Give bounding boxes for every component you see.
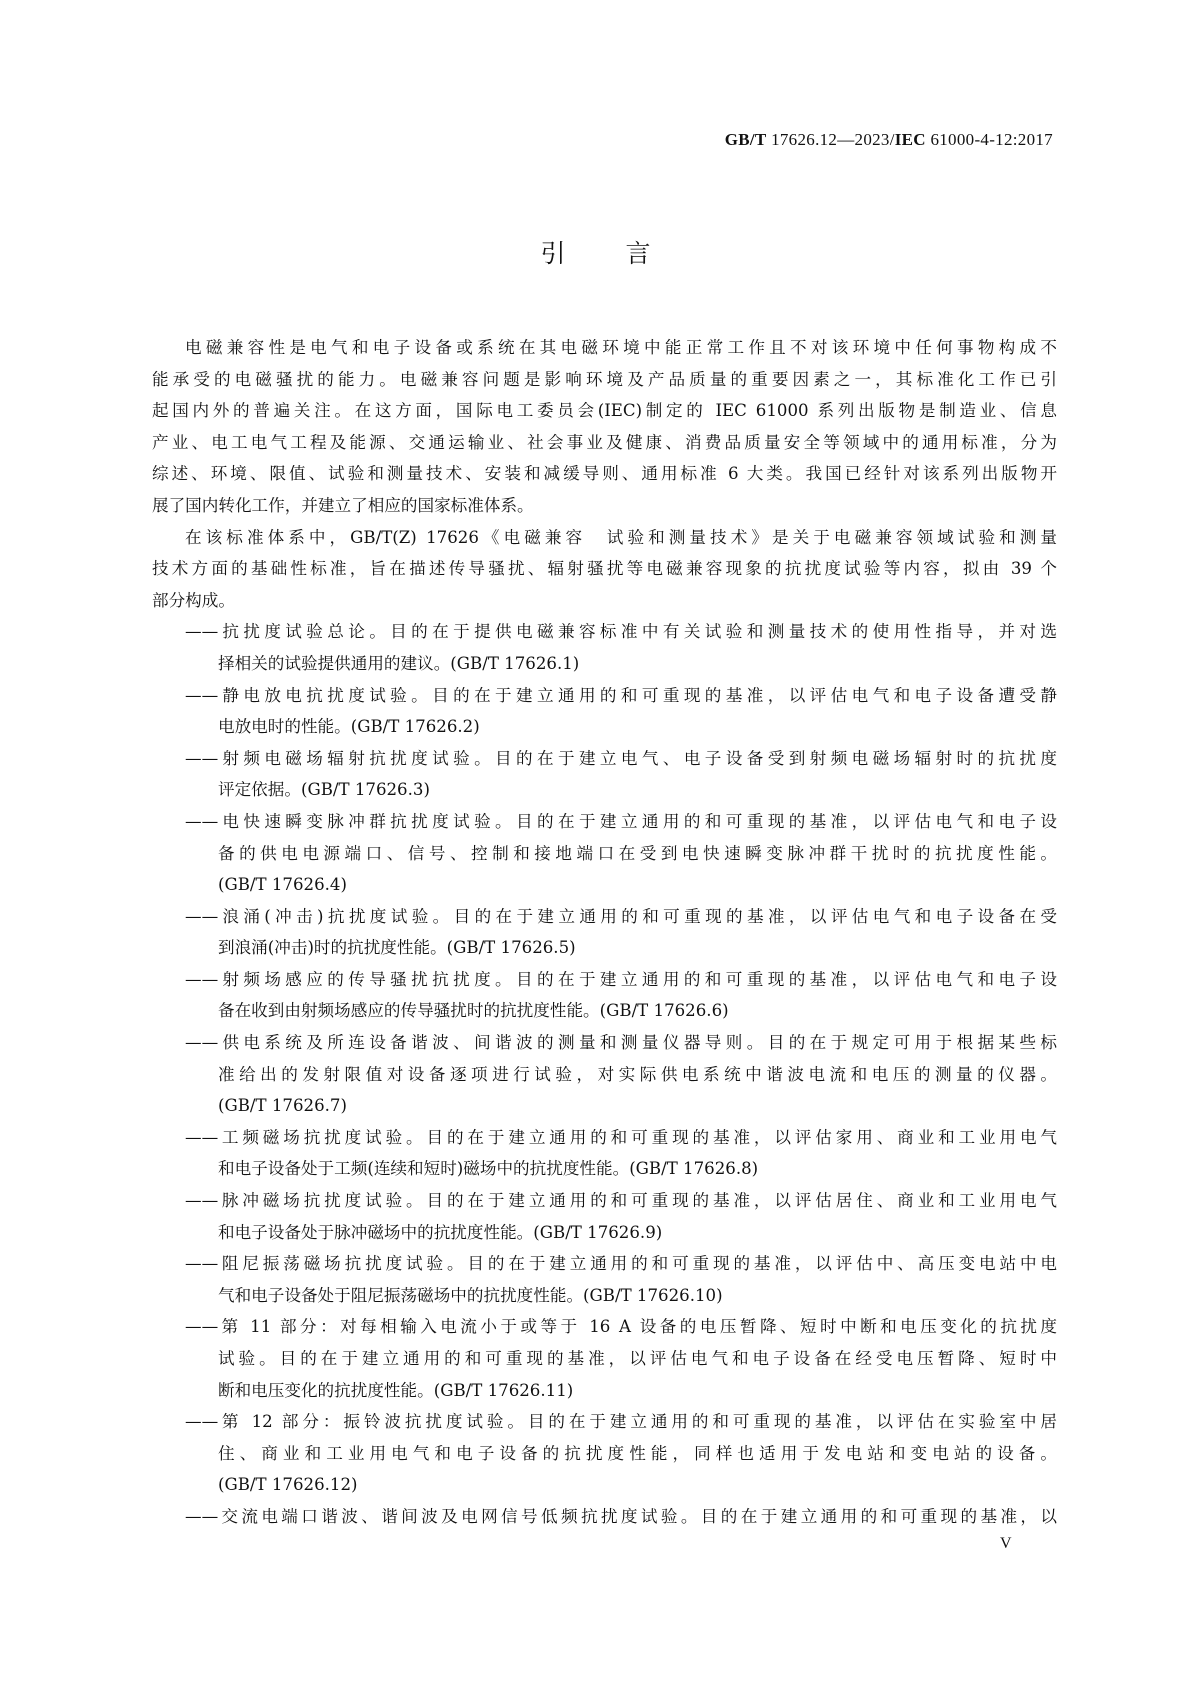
- list-item-line: (GB/T 17626.4): [152, 869, 1057, 901]
- list-item-line: 评定依据。(GB/T 17626.3): [152, 774, 1057, 806]
- list-item-line: (GB/T 17626.12): [152, 1469, 1057, 1501]
- standard-number-header: GB/T 17626.12—2023/IEC 61000-4-12:2017: [725, 130, 1053, 150]
- paragraph-line: 技术方面的基础性标准，旨在描述传导骚扰、辐射骚扰等电磁兼容现象的抗扰度试验等内容…: [152, 553, 1057, 585]
- list-item-line: 住、商业和工业用电气和电子设备的抗扰度性能，同样也适用于发电站和变电站的设备。: [152, 1438, 1057, 1470]
- paragraph-line: 综述、环境、限值、试验和测量技术、安装和减缓导则、通用标准 6 大类。我国已经针…: [152, 458, 1057, 490]
- list-item-text: 阻尼振荡磁场抗扰度试验。目的在于建立通用的和可重现的基准，以评估中、高压变电站中…: [218, 1254, 1057, 1273]
- list-item-line: 电放电时的性能。(GB/T 17626.2): [152, 711, 1057, 743]
- page-number: V: [1000, 1535, 1012, 1553]
- paragraph-line: 产业、电工电气工程及能源、交通运输业、社会事业及健康、消费品质量安全等领域中的通…: [152, 427, 1057, 459]
- section-title: 引言: [0, 234, 1191, 270]
- list-item-line: ——静电放电抗扰度试验。目的在于建立通用的和可重现的基准，以评估电气和电子设备遭…: [185, 680, 1057, 712]
- list-item-text: 供电系统及所连设备谐波、间谐波的测量和测量仪器导则。目的在于规定可用于根据某些标: [218, 1033, 1057, 1052]
- paragraph-line: 起国内外的普遍关注。在这方面，国际电工委员会(IEC)制定的 IEC 61000…: [152, 395, 1057, 427]
- list-dash: ——: [185, 1406, 218, 1438]
- document-page: GB/T 17626.12—2023/IEC 61000-4-12:2017 引…: [0, 0, 1191, 1685]
- header-number: 17626.12—2023/: [767, 130, 895, 149]
- list-item-text: 射频场感应的传导骚扰抗扰度。目的在于建立通用的和可重现的基准，以评估电气和电子设: [218, 970, 1057, 989]
- list-dash: ——: [185, 616, 218, 648]
- list-item-text: 交流电端口谐波、谐间波及电网信号低频抗扰度试验。目的在于建立通用的和可重现的基准…: [218, 1507, 1057, 1526]
- header-gbt: GB/T: [725, 130, 767, 149]
- list-item-line: ——浪涌(冲击)抗扰度试验。目的在于建立通用的和可重现的基准，以评估电气和电子设…: [185, 901, 1057, 933]
- list-item-line: ——工频磁场抗扰度试验。目的在于建立通用的和可重现的基准，以评估家用、商业和工业…: [185, 1122, 1057, 1154]
- list-item-line: ——第 11 部分：对每相输入电流小于或等于 16 A 设备的电压暂降、短时中断…: [185, 1311, 1057, 1343]
- paragraph-line: 电磁兼容性是电气和电子设备或系统在其电磁环境中能正常工作且不对该环境中任何事物构…: [152, 332, 1057, 364]
- list-item-text: 浪涌(冲击)抗扰度试验。目的在于建立通用的和可重现的基准，以评估电气和电子设备在…: [218, 907, 1057, 926]
- list-item-text: 脉冲磁场抗扰度试验。目的在于建立通用的和可重现的基准，以评估居住、商业和工业用电…: [218, 1191, 1057, 1210]
- list-dash: ——: [185, 1311, 218, 1343]
- list-item-line: 备的供电电源端口、信号、控制和接地端口在受到电快速瞬变脉冲群干扰时的抗扰度性能。: [152, 838, 1057, 870]
- list-item-text: 抗扰度试验总论。目的在于提供电磁兼容标准中有关试验和测量技术的使用性指导，并对选: [218, 622, 1057, 641]
- list-item-line: ——交流电端口谐波、谐间波及电网信号低频抗扰度试验。目的在于建立通用的和可重现的…: [185, 1501, 1057, 1533]
- list-dash: ——: [185, 1122, 218, 1154]
- list-item-line: ——抗扰度试验总论。目的在于提供电磁兼容标准中有关试验和测量技术的使用性指导，并…: [185, 616, 1057, 648]
- list-item-line: ——射频电磁场辐射抗扰度试验。目的在于建立电气、电子设备受到射频电磁场辐射时的抗…: [185, 743, 1057, 775]
- list-item-line: 到浪涌(冲击)时的抗扰度性能。(GB/T 17626.5): [152, 932, 1057, 964]
- list-item-line: (GB/T 17626.7): [152, 1090, 1057, 1122]
- list-dash: ——: [185, 743, 218, 775]
- list-dash: ——: [185, 1027, 218, 1059]
- paragraph-line: 在该标准体系中，GB/T(Z) 17626《电磁兼容 试验和测量技术》是关于电磁…: [152, 522, 1057, 554]
- list-item-line: 择相关的试验提供通用的建议。(GB/T 17626.1): [152, 648, 1057, 680]
- list-item-line: ——第 12 部分：振铃波抗扰度试验。目的在于建立通用的和可重现的基准，以评估在…: [185, 1406, 1057, 1438]
- list-item-text: 第 11 部分：对每相输入电流小于或等于 16 A 设备的电压暂降、短时中断和电…: [218, 1317, 1057, 1336]
- list-item-text: 第 12 部分：振铃波抗扰度试验。目的在于建立通用的和可重现的基准，以评估在实验…: [218, 1412, 1057, 1431]
- list-item-line: 和电子设备处于脉冲磁场中的抗扰度性能。(GB/T 17626.9): [152, 1217, 1057, 1249]
- list-dash: ——: [185, 901, 218, 933]
- list-dash: ——: [185, 680, 218, 712]
- list-item-line: ——阻尼振荡磁场抗扰度试验。目的在于建立通用的和可重现的基准，以评估中、高压变电…: [185, 1248, 1057, 1280]
- list-item-line: 备在收到由射频场感应的传导骚扰时的抗扰度性能。(GB/T 17626.6): [152, 995, 1057, 1027]
- header-iec-number: 61000-4-12:2017: [926, 130, 1053, 149]
- list-item-line: ——供电系统及所连设备谐波、间谐波的测量和测量仪器导则。目的在于规定可用于根据某…: [185, 1027, 1057, 1059]
- list-dash: ——: [185, 1185, 218, 1217]
- list-dash: ——: [185, 806, 218, 838]
- list-item-text: 电快速瞬变脉冲群抗扰度试验。目的在于建立通用的和可重现的基准，以评估电气和电子设: [218, 812, 1057, 831]
- list-item-line: ——电快速瞬变脉冲群抗扰度试验。目的在于建立通用的和可重现的基准，以评估电气和电…: [185, 806, 1057, 838]
- list-item-line: 断和电压变化的抗扰度性能。(GB/T 17626.11): [152, 1375, 1057, 1407]
- paragraph-line: 部分构成。: [152, 585, 1057, 617]
- list-item-text: 工频磁场抗扰度试验。目的在于建立通用的和可重现的基准，以评估家用、商业和工业用电…: [218, 1128, 1057, 1147]
- list-dash: ——: [185, 1501, 218, 1533]
- list-item-line: 试验。目的在于建立通用的和可重现的基准，以评估电气和电子设备在经受电压暂降、短时…: [152, 1343, 1057, 1375]
- list-item-line: 气和电子设备处于阻尼振荡磁场中的抗扰度性能。(GB/T 17626.10): [152, 1280, 1057, 1312]
- header-iec: IEC: [895, 130, 926, 149]
- list-dash: ——: [185, 964, 218, 996]
- paragraph-line: 展了国内转化工作，并建立了相应的国家标准体系。: [152, 490, 1057, 522]
- list-item-line: 和电子设备处于工频(连续和短时)磁场中的抗扰度性能。(GB/T 17626.8): [152, 1153, 1057, 1185]
- list-item-line: ——射频场感应的传导骚扰抗扰度。目的在于建立通用的和可重现的基准，以评估电气和电…: [185, 964, 1057, 996]
- list-dash: ——: [185, 1248, 218, 1280]
- list-item-text: 静电放电抗扰度试验。目的在于建立通用的和可重现的基准，以评估电气和电子设备遭受静: [218, 686, 1057, 705]
- list-item-line: 准给出的发射限值对设备逐项进行试验，对实际供电系统中谐波电流和电压的测量的仪器。: [152, 1059, 1057, 1091]
- document-body: 电磁兼容性是电气和电子设备或系统在其电磁环境中能正常工作且不对该环境中任何事物构…: [152, 332, 1057, 1533]
- list-item-text: 射频电磁场辐射抗扰度试验。目的在于建立电气、电子设备受到射频电磁场辐射时的抗扰度: [218, 749, 1057, 768]
- list-item-line: ——脉冲磁场抗扰度试验。目的在于建立通用的和可重现的基准，以评估居住、商业和工业…: [185, 1185, 1057, 1217]
- paragraph-line: 能承受的电磁骚扰的能力。电磁兼容问题是影响环境及产品质量的重要因素之一，其标准化…: [152, 364, 1057, 396]
